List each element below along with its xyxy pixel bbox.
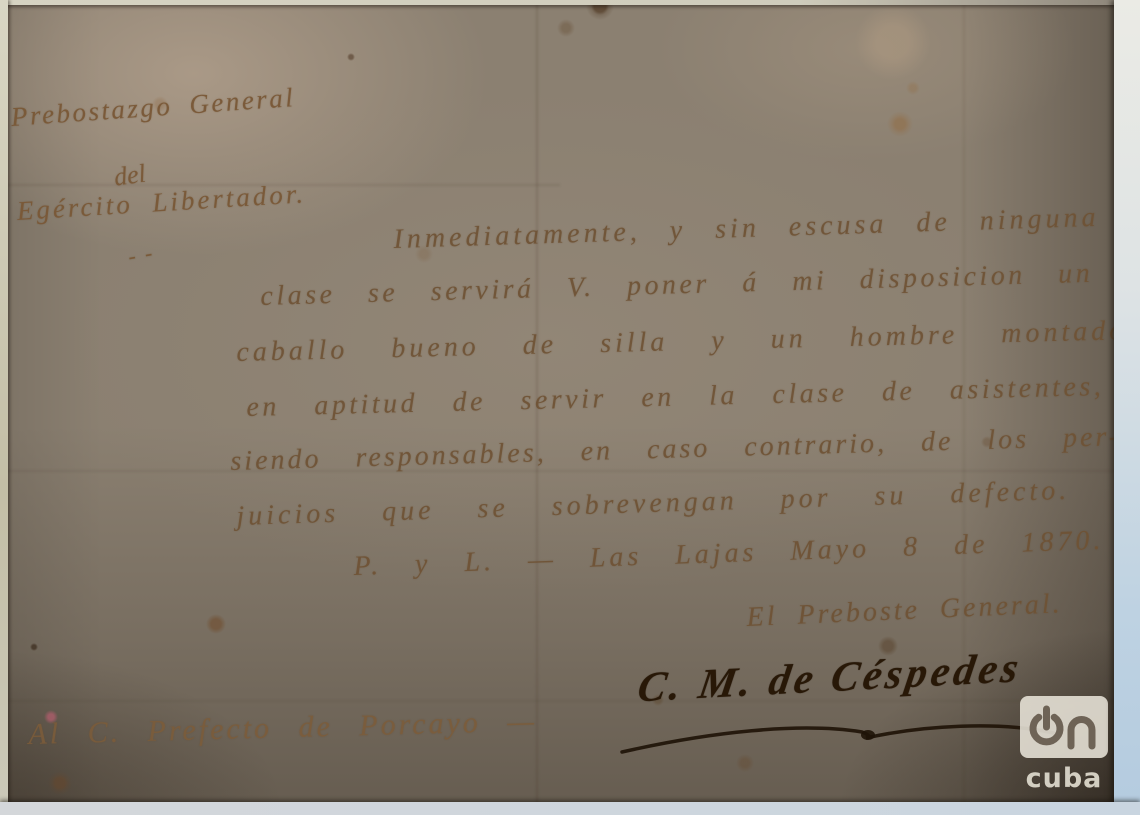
signature-flourish xyxy=(600,690,1080,790)
letterhead-flourish: - - xyxy=(126,239,156,269)
oncuba-watermark: cuba xyxy=(1018,694,1110,794)
paper-crease-horizontal-middle xyxy=(0,470,1140,472)
frame-edge-right xyxy=(1114,0,1140,815)
frame-edge-top xyxy=(0,0,1140,5)
frame-edge-bottom xyxy=(0,802,1140,815)
frame-edge-left xyxy=(0,0,8,815)
oncuba-logo-panel xyxy=(1018,694,1110,760)
framed-document-photo: Prebostazgo General del Egército Liberta… xyxy=(0,0,1140,815)
oncuba-wordmark-cuba: cuba xyxy=(1018,763,1110,794)
